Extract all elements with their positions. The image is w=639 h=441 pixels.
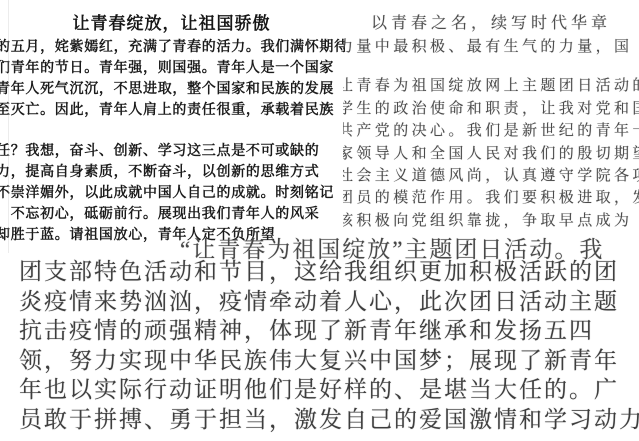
left-page-body: 的五月，姹紫嫣红，充满了青春的活力。我们满怀期待 们青年的节日。青年强，则国强。… (0, 36, 345, 251)
text-line: 力，提高自身素质，不断奋斗，以创新的思维方式 (0, 161, 345, 182)
magnified-text-line: 抗击疫情的顽强精神，体现了新青年继承和发扬五四 (19, 316, 639, 346)
text-line: 任？我想，奋斗、创新、学习这三点是不可或缺的 (0, 140, 345, 161)
text-line: 让青春为祖国绽放网上主题团日活动的 (343, 75, 639, 97)
magnified-text-line: 员敢于拼搏、勇于担当，激发自己的爱国激情和学习动力 (19, 405, 639, 435)
text-line: 们青年的节日。青年强，则国强。青年人是一个国家 (0, 57, 345, 78)
right-page-title: 以青春之名，续写时代华章 (343, 10, 639, 33)
document-screenshot: 让青春绽放，让祖国骄傲 的五月，姹紫嫣红，充满了青春的活力。我们满怀期待 们青年… (0, 0, 639, 441)
left-page-title: 让青春绽放，让祖国骄傲 (0, 9, 343, 34)
text-line: 家领导人和全国人民对我们的殷切期望 (343, 143, 639, 165)
magnified-text-overlay: 团支部特色活动和节目，这给我组织更加积极活跃的团 炎疫情来势汹汹，疫情牵动着人心… (0, 253, 639, 441)
right-page-body: 力量中最积极、最有生气的力量，国 让青春为祖国绽放网上主题团日活动的 学生的政治… (343, 36, 639, 254)
text-line: 不崇洋媚外，以此成就中国人自己的成就。时刻铭记 (0, 182, 345, 203)
text-line: 青年人死气沉沉，不思进取，整个国家和民族的发展 (0, 78, 345, 99)
magnified-text-line: 年也以实际行动证明他们是好样的、是堪当大任的。广 (19, 375, 639, 405)
text-line: 的五月，姹紫嫣红，充满了青春的活力。我们满怀期待 (0, 36, 345, 57)
magnified-text-line: 领，努力实现中华民族伟大复兴中国梦；展现了新青年 (19, 346, 639, 376)
text-line: 该积极向党组织靠拢，争取早点成为 (343, 210, 639, 232)
text-line: 力量中最积极、最有生气的力量，国 (343, 36, 639, 58)
text-line: 学生的政治使命和职责，让我对党和国 (343, 98, 639, 120)
text-line: 社会主义道德风尚，认真遵守学院各项 (343, 165, 639, 187)
magnified-text-line: 炎疫情来势汹汹，疫情牵动着人心，此次团日活动主题 (19, 287, 639, 317)
text-line: 共产党的决心。我们是新世纪的青年一 (343, 120, 639, 142)
text-line: 团员的模范作用。我们要积极进取，发 (343, 187, 639, 209)
text-line: 至灭亡。因此，青年人肩上的责任很重，承载着民族 (0, 99, 345, 120)
magnified-text-intro-line: “让青春为祖国绽放”主题团日活动。我 (180, 231, 604, 264)
text-line: ，不忘初心，砥砺前行。展现出我们青年人的风采 (0, 203, 345, 224)
